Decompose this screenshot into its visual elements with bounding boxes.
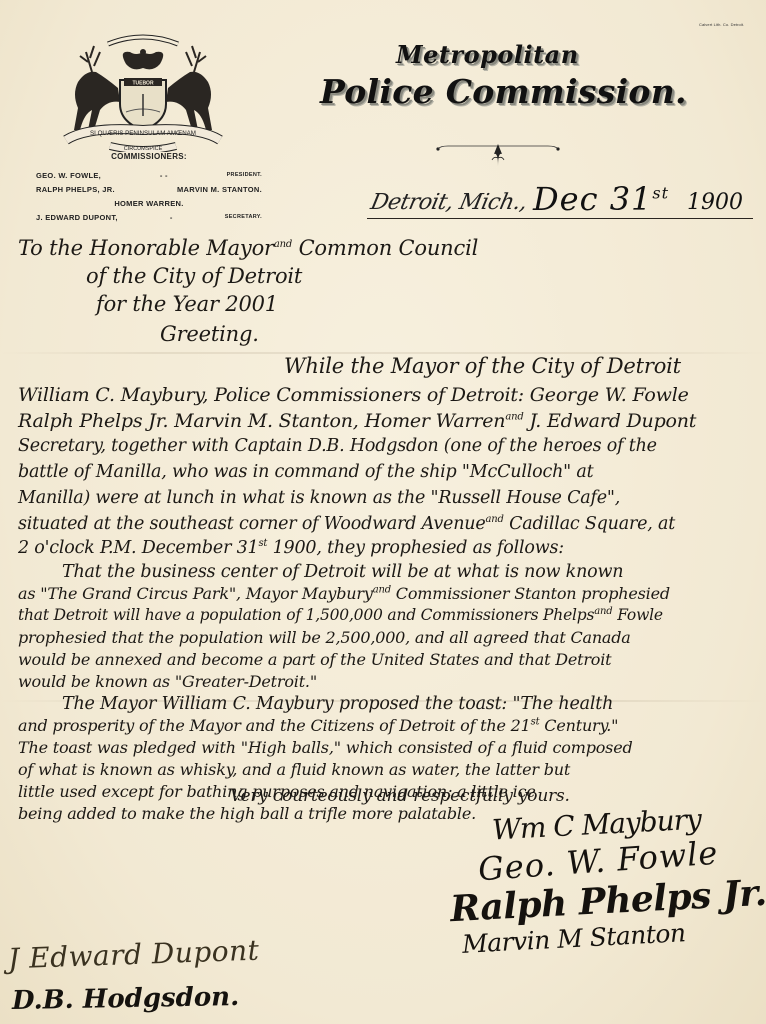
commissioners-list: COMMISSIONERS: GEO. W. FOWLE, - - PRESID…: [36, 152, 262, 224]
text: Century.": [539, 716, 618, 735]
salutation-line: of the City of Detroit: [86, 264, 302, 288]
commissioner-name: J. EDWARD DUPONT,: [36, 213, 118, 222]
michigan-coat-of-arms-icon: TUEBOR SI QUÆRIS PENINSULAM AMŒNAM CIRCU…: [48, 22, 238, 152]
body-line: Secretary, together with Captain D.B. Ho…: [18, 436, 657, 456]
body-line: Ralph Phelps Jr. Marvin M. Stanton, Home…: [18, 410, 696, 432]
commissioner-name: RALPH PHELPS, JR.: [36, 185, 115, 194]
dateline-date: Dec 31st: [533, 180, 669, 218]
body-line: 2 o'clock P.M. December 31st 1900, they …: [18, 538, 564, 558]
date-suffix: st: [652, 183, 669, 202]
separator: -: [170, 213, 173, 222]
commissioners-title: COMMISSIONERS:: [36, 152, 262, 161]
superscript: and: [486, 514, 504, 525]
text: Commissioner Stanton prophesied: [391, 584, 670, 603]
text: 2 o'clock P.M. December 31: [18, 538, 258, 558]
text: situated at the southeast corner of Wood…: [18, 514, 486, 534]
letter-page: Calvert Lith. Co. Detroit. TUEBOR SI: [0, 0, 766, 1024]
commissioner-row: J. EDWARD DUPONT, - SECRETARY.: [36, 210, 262, 224]
commissioner-name: HOMER WARREN.: [114, 199, 183, 208]
dateline-year: 1900: [687, 190, 743, 215]
superscript: and: [373, 585, 391, 596]
body-line: and prosperity of the Mayor and the Citi…: [18, 716, 618, 735]
body-line: That the business center of Detroit will…: [62, 562, 623, 582]
body-line: The Mayor William C. Maybury proposed th…: [62, 694, 613, 714]
salutation-line: To the Honorable Mayorand Common Council: [18, 236, 478, 260]
superscript: and: [274, 239, 292, 250]
signature-hodgson: D.B. Hodgsdon.: [12, 982, 240, 1016]
body-line: situated at the southeast corner of Wood…: [18, 514, 675, 534]
body-line: The toast was pledged with "High balls,"…: [18, 738, 633, 757]
body-line: battle of Manilla, who was in command of…: [18, 462, 593, 482]
commissioner-name: MARVIN M. STANTON.: [177, 185, 262, 194]
text: and prosperity of the Mayor and the Citi…: [18, 716, 531, 735]
body-line: that Detroit will have a population of 1…: [18, 606, 663, 624]
text: that Detroit will have a population of 1…: [18, 606, 594, 624]
commissioner-name: GEO. W. FOWLE,: [36, 171, 101, 180]
salutation-line: for the Year 2001: [96, 292, 278, 316]
ornament-flourish-icon: [428, 130, 568, 170]
body-line: would be known as "Greater-Detroit.": [18, 672, 317, 691]
commissioner-row: HOMER WARREN.: [36, 196, 262, 210]
commissioner-row: RALPH PHELPS, JR. MARVIN M. STANTON.: [36, 182, 262, 196]
text: Fowle: [613, 606, 663, 624]
body-line: While the Mayor of the City of Detroit: [284, 354, 681, 378]
text: as "The Grand Circus Park", Mayor Maybur…: [18, 584, 373, 603]
body-line: William C. Maybury, Police Commissioners…: [18, 384, 689, 406]
svg-text:SI QUÆRIS PENINSULAM AMŒNAM: SI QUÆRIS PENINSULAM AMŒNAM: [90, 130, 196, 137]
dateline: Detroit, Mich., Dec 31st 1900: [367, 178, 753, 219]
masthead-line-2: Police Commission.: [320, 72, 687, 111]
superscript: st: [258, 538, 267, 549]
body-line: Manilla) were at lunch in what is known …: [18, 488, 620, 508]
commissioner-role: PRESIDENT.: [227, 172, 262, 178]
dateline-place: Detroit, Mich.,: [368, 190, 529, 215]
separator: - -: [160, 171, 168, 180]
commissioner-role: SECRETARY.: [225, 214, 262, 220]
salutation-line: Greeting.: [160, 322, 259, 346]
masthead-line-1: Metropolitan: [396, 40, 579, 69]
superscript: and: [594, 606, 612, 617]
commissioner-row: GEO. W. FOWLE, - - PRESIDENT.: [36, 168, 262, 182]
closing-line: Very courteously and respectfully yours.: [230, 786, 570, 806]
text: 1900, they prophesied as follows:: [267, 538, 564, 558]
text: Common Council: [292, 236, 478, 260]
body-line: being added to make the high ball a trif…: [18, 804, 476, 823]
signature-dupont: J Edward Dupont: [8, 934, 260, 976]
text: Cadillac Square, at: [504, 514, 675, 534]
superscript: and: [505, 412, 523, 423]
body-line: of what is known as whisky, and a fluid …: [18, 760, 570, 779]
body-line: as "The Grand Circus Park", Mayor Maybur…: [18, 584, 670, 603]
body-line: would be annexed and become a part of th…: [18, 650, 611, 669]
date-day: Dec 31: [533, 180, 652, 218]
printer-mark: Calvert Lith. Co. Detroit.: [699, 22, 744, 27]
text: To the Honorable Mayor: [18, 236, 274, 260]
svg-text:TUEBOR: TUEBOR: [132, 81, 154, 87]
text: Ralph Phelps Jr. Marvin M. Stanton, Home…: [18, 410, 505, 432]
text: J. Edward Dupont: [524, 410, 697, 432]
body-line: prophesied that the population will be 2…: [18, 628, 631, 647]
